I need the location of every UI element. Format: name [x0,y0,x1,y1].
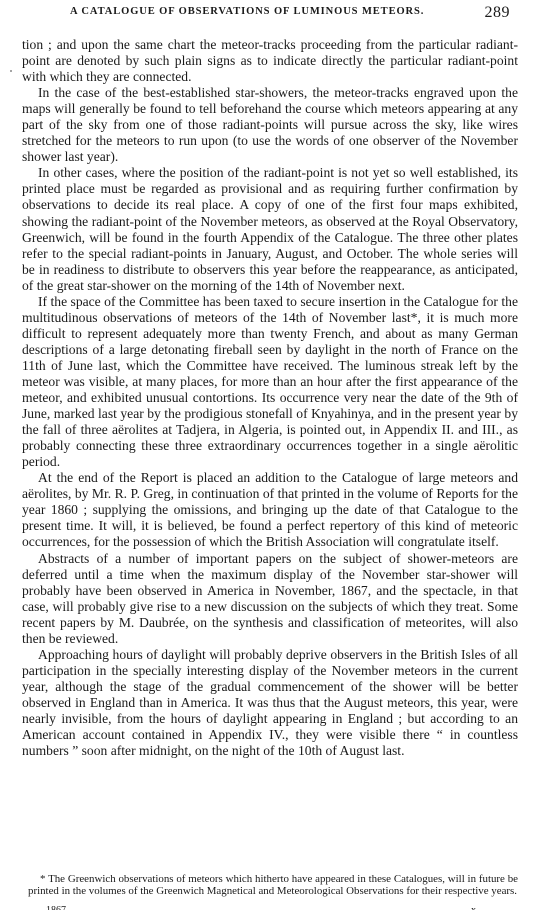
signature-line: 1867. x [46,906,496,910]
paragraph-3: In other cases, where the position of th… [22,165,518,293]
paragraph-5: At the end of the Report is placed an ad… [22,470,518,550]
paragraph-2: In the case of the best-established star… [22,85,518,165]
running-head: A Catalogue of Observations of Luminous … [70,4,520,22]
paragraph-6: Abstracts of a number of important paper… [22,551,518,647]
book-page: A Catalogue of Observations of Luminous … [0,0,550,910]
scan-speck [10,70,12,72]
footnote-text: * The Greenwich observations of meteors … [28,873,518,897]
paragraph-1: tion ; and upon the same chart the meteo… [22,37,518,85]
signature-year: 1867. [46,906,69,910]
footnote: * The Greenwich observations of meteors … [28,873,518,897]
body-text: tion ; and upon the same chart the meteo… [22,37,518,759]
running-title: A Catalogue of Observations of Luminous … [70,6,424,17]
paragraph-4: If the space of the Committee has been t… [22,294,518,471]
signature-mark: x [471,906,476,910]
paragraph-7: Approaching hours of daylight will proba… [22,647,518,759]
page-number: 289 [485,4,511,22]
